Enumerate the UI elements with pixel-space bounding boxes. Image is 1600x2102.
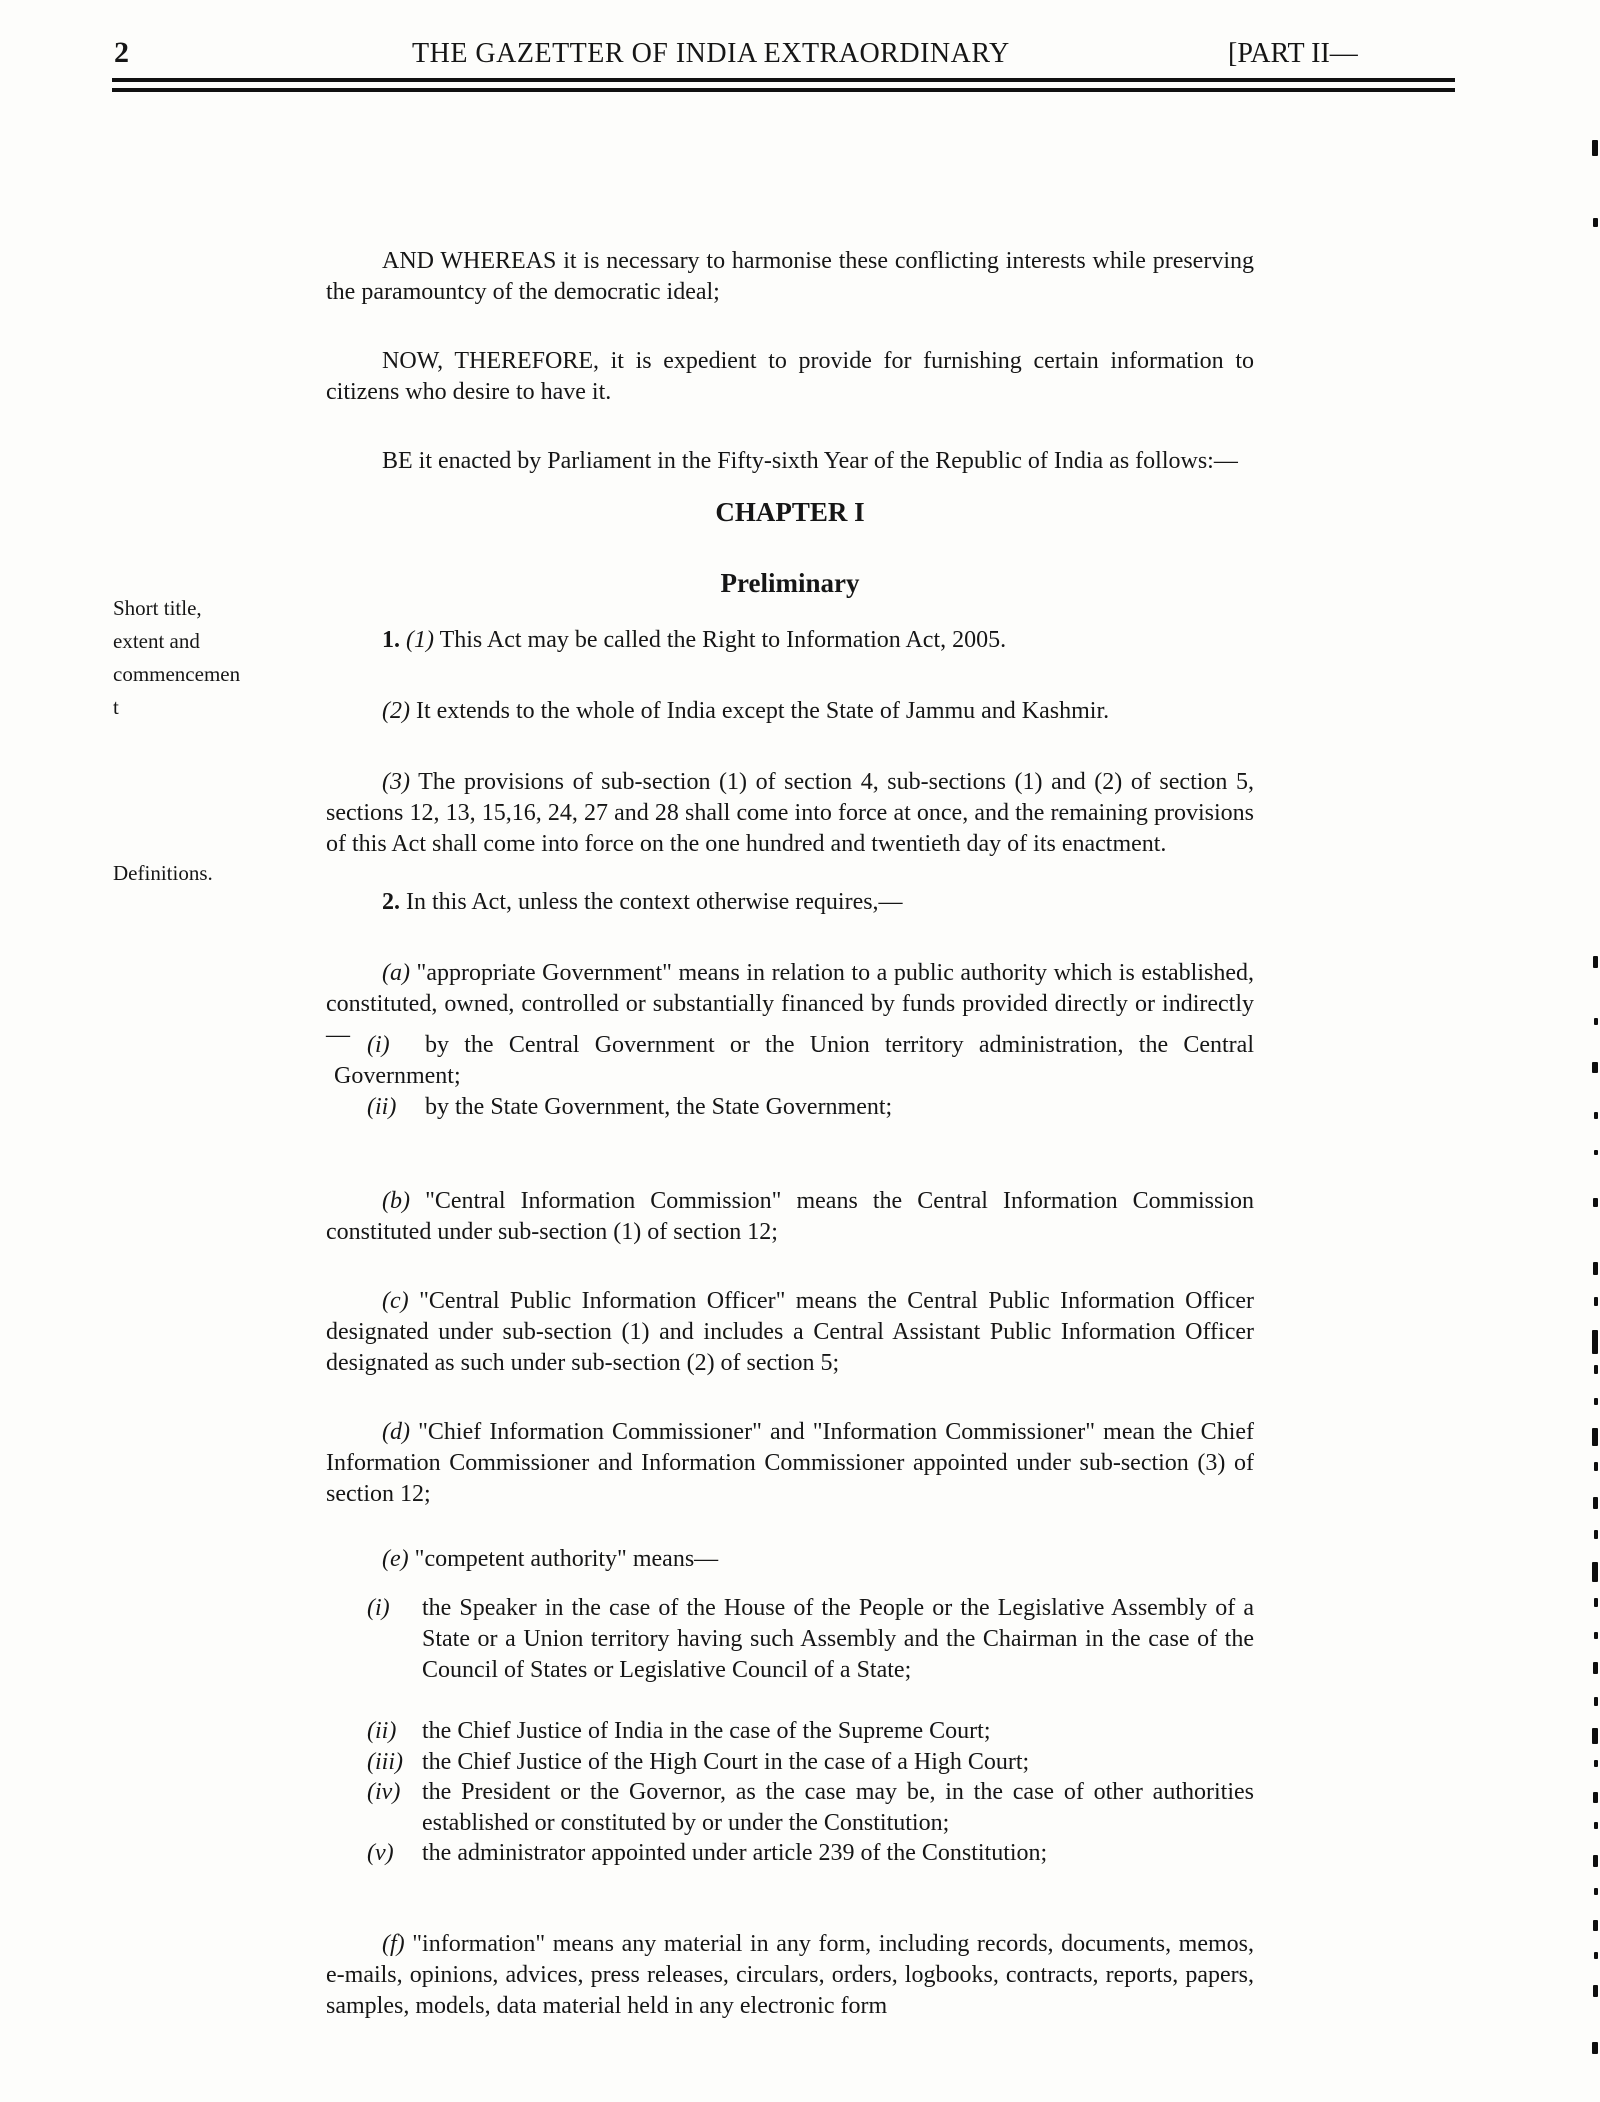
list-item-label: (iv) xyxy=(367,1777,400,1808)
section-text: In this Act, unless the context otherwis… xyxy=(406,889,903,915)
margin-note-line: extent and xyxy=(113,625,263,658)
definition-label: (c) xyxy=(382,1288,409,1314)
section-1-subsection-3: (3) The provisions of sub-section (1) of… xyxy=(326,767,1254,860)
subsection-label: (2) xyxy=(382,698,410,724)
scan-artifact-mark xyxy=(1594,1365,1598,1374)
definition-label: (d) xyxy=(382,1419,410,1445)
scan-artifact-mark xyxy=(1593,1855,1598,1867)
definition-label: (a) xyxy=(382,960,410,986)
chapter-heading: CHAPTER I xyxy=(326,497,1254,528)
margin-note-line: t xyxy=(113,691,263,724)
definition-e-item-i: (i) the Speaker in the case of the House… xyxy=(326,1593,1254,1686)
scan-artifact-mark xyxy=(1592,140,1598,156)
scan-artifact-mark xyxy=(1593,1497,1598,1509)
scan-artifact-mark xyxy=(1592,1330,1598,1354)
definition-e-item-ii: (ii) the Chief Justice of India in the c… xyxy=(326,1716,1254,1747)
header-double-rule xyxy=(112,78,1455,92)
section-1-subsection-2: (2) It extends to the whole of India exc… xyxy=(326,696,1254,727)
list-item-label: (ii) xyxy=(367,1092,396,1123)
scan-artifact-mark xyxy=(1594,1018,1598,1025)
header-part-label: [PART II— xyxy=(1228,38,1358,70)
margin-note-short-title: Short title, extent and commencemen t xyxy=(113,592,263,724)
definition-e-item-iii: (iii) the Chief Justice of the High Cour… xyxy=(326,1747,1254,1778)
scan-artifact-mark xyxy=(1593,218,1598,227)
scan-artifact-mark xyxy=(1594,1112,1598,1119)
scan-artifact-mark xyxy=(1594,1760,1598,1767)
list-item-label: (v) xyxy=(367,1838,394,1869)
document-page: 2 THE GAZETTER OF INDIA EXTRAORDINARY [P… xyxy=(0,0,1600,2102)
definition-c: (c) "Central Public Information Officer"… xyxy=(326,1286,1254,1379)
scan-artifact-mark xyxy=(1594,1530,1598,1539)
scan-artifact-mark xyxy=(1593,1985,1598,1997)
margin-note-line: Short title, xyxy=(113,592,263,625)
scan-artifact-mark xyxy=(1594,1697,1598,1706)
section-heading: Preliminary xyxy=(326,568,1254,599)
list-item-text: by the State Government, the State Gover… xyxy=(334,1092,1254,1123)
scan-artifact-mark xyxy=(1593,1662,1598,1674)
definition-f: (f) "information" means any material in … xyxy=(326,1929,1254,2022)
list-item-text: the Speaker in the case of the House of … xyxy=(422,1593,1254,1686)
margin-note-line: Definitions. xyxy=(113,857,263,890)
definition-d: (d) "Chief Information Commissioner" and… xyxy=(326,1417,1254,1510)
scan-artifact-mark xyxy=(1593,1792,1598,1803)
list-item-label: (i) xyxy=(367,1593,390,1624)
header-title: THE GAZETTER OF INDIA EXTRAORDINARY xyxy=(412,38,1010,70)
scan-artifact-mark xyxy=(1593,1198,1598,1207)
definition-e: (e) "competent authority" means— xyxy=(326,1544,1254,1575)
scan-artifact-mark xyxy=(1594,1632,1598,1639)
section-number: 1. xyxy=(382,627,400,653)
paragraph-and-whereas: AND WHEREAS it is necessary to harmonise… xyxy=(326,246,1254,308)
scan-artifact-mark xyxy=(1592,1428,1598,1446)
scan-artifact-mark xyxy=(1594,1398,1598,1405)
list-item-label: (i) xyxy=(367,1030,390,1061)
definition-a-item-i: (i) by the Central Government or the Uni… xyxy=(326,1030,1254,1092)
scan-artifact-mark xyxy=(1592,1062,1598,1073)
definition-text: "Central Information Commission" means t… xyxy=(326,1188,1254,1245)
definition-text: "information" means any material in any … xyxy=(326,1931,1254,2019)
definition-e-item-iv: (iv) the President or the Governor, as t… xyxy=(326,1777,1254,1839)
scan-artifact-mark xyxy=(1592,2042,1598,2054)
definition-text: "Central Public Information Officer" mea… xyxy=(326,1288,1254,1376)
scan-artifact-mark xyxy=(1593,956,1598,968)
list-item-text: the Chief Justice of the High Court in t… xyxy=(422,1747,1254,1778)
definition-e-item-v: (v) the administrator appointed under ar… xyxy=(326,1838,1254,1869)
subsection-text: It extends to the whole of India except … xyxy=(416,698,1109,724)
scan-artifact-mark xyxy=(1593,1920,1598,1931)
paragraph-be-it-enacted: BE it enacted by Parliament in the Fifty… xyxy=(326,446,1254,477)
section-number: 2. xyxy=(382,889,400,915)
scan-artifact-mark xyxy=(1594,1598,1598,1607)
subsection-text: This Act may be called the Right to Info… xyxy=(440,627,1007,653)
list-item-text: by the Central Government or the Union t… xyxy=(334,1030,1254,1092)
section-1-subsection-1: 1. (1) This Act may be called the Right … xyxy=(326,625,1254,656)
margin-note-line: commencemen xyxy=(113,658,263,691)
definition-label: (f) xyxy=(382,1931,405,1957)
paragraph-now-therefore: NOW, THEREFORE, it is expedient to provi… xyxy=(326,346,1254,408)
scan-artifact-mark xyxy=(1592,1728,1598,1744)
scan-artifact-mark xyxy=(1594,1462,1598,1471)
definition-a-item-ii: (ii) by the State Government, the State … xyxy=(326,1092,1254,1123)
list-item-text: the administrator appointed under articl… xyxy=(422,1838,1254,1869)
definition-b: (b) "Central Information Commission" mea… xyxy=(326,1186,1254,1248)
scan-artifact-mark xyxy=(1593,1262,1598,1275)
definition-text: "competent authority" means— xyxy=(415,1546,719,1572)
list-item-text: the President or the Governor, as the ca… xyxy=(422,1777,1254,1839)
scan-artifact-mark xyxy=(1592,1562,1598,1582)
scan-artifact-mark xyxy=(1594,1150,1598,1155)
margin-note-definitions: Definitions. xyxy=(113,857,263,890)
list-item-text: the Chief Justice of India in the case o… xyxy=(422,1716,1254,1747)
scan-artifact-mark xyxy=(1594,1888,1598,1895)
list-item-label: (iii) xyxy=(367,1747,403,1778)
definition-text: "Chief Information Commissioner" and "In… xyxy=(326,1419,1254,1507)
subsection-label: (1) xyxy=(406,627,434,653)
scan-artifact-mark xyxy=(1594,1297,1598,1306)
definition-label: (b) xyxy=(382,1188,410,1214)
subsection-text: The provisions of sub-section (1) of sec… xyxy=(326,769,1254,857)
subsection-label: (3) xyxy=(382,769,410,795)
list-item-label: (ii) xyxy=(367,1716,396,1747)
section-2-intro: 2. In this Act, unless the context other… xyxy=(326,887,1254,918)
page-number: 2 xyxy=(114,36,129,70)
scan-artifact-mark xyxy=(1594,1822,1598,1829)
definition-label: (e) xyxy=(382,1546,409,1572)
scan-artifact-mark xyxy=(1594,1952,1598,1959)
